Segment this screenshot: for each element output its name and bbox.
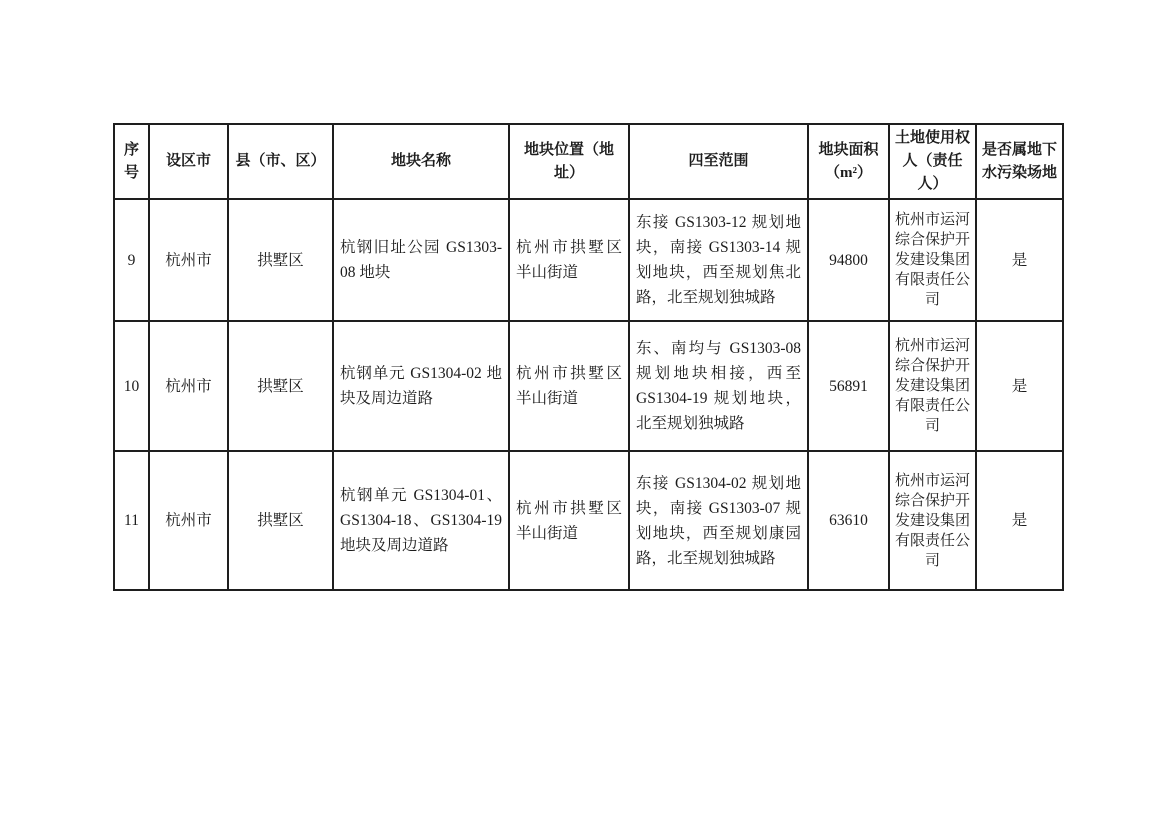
cell-county: 拱墅区: [228, 451, 333, 590]
cell-area: 56891: [808, 321, 889, 451]
header-cell-index: 序号: [114, 124, 149, 199]
cell-bounds: 东、南均与 GS1303-08 规划地块相接，西至 GS1304-19 规划地块…: [629, 321, 808, 451]
header-cell-bounds: 四至范围: [629, 124, 808, 199]
header-cell-name: 地块名称: [333, 124, 509, 199]
cell-owner: 杭州市运河综合保护开发建设集团有限责任公司: [889, 451, 976, 590]
cell-index: 9: [114, 199, 149, 321]
cell-location: 杭州市拱墅区半山街道: [509, 321, 629, 451]
cell-name: 杭钢单元 GS1304-02 地块及周边道路: [333, 321, 509, 451]
header-cell-pollution: 是否属地下水污染场地: [976, 124, 1063, 199]
cell-owner: 杭州市运河综合保护开发建设集团有限责任公司: [889, 199, 976, 321]
table-row: 11 杭州市 拱墅区 杭钢单元 GS1304-01、GS1304-18、GS13…: [114, 451, 1063, 590]
cell-city: 杭州市: [149, 451, 228, 590]
table-row: 9 杭州市 拱墅区 杭钢旧址公园 GS1303-08 地块 杭州市拱墅区半山街道…: [114, 199, 1063, 321]
cell-location: 杭州市拱墅区半山街道: [509, 451, 629, 590]
header-cell-county: 县（市、区）: [228, 124, 333, 199]
cell-owner: 杭州市运河综合保护开发建设集团有限责任公司: [889, 321, 976, 451]
cell-index: 10: [114, 321, 149, 451]
cell-county: 拱墅区: [228, 199, 333, 321]
cell-pollution: 是: [976, 321, 1063, 451]
header-cell-owner: 土地使用权人（责任人）: [889, 124, 976, 199]
cell-index: 11: [114, 451, 149, 590]
table-row: 10 杭州市 拱墅区 杭钢单元 GS1304-02 地块及周边道路 杭州市拱墅区…: [114, 321, 1063, 451]
cell-bounds: 东接 GS1303-12 规划地块，南接 GS1303-14 规划地块，西至规划…: [629, 199, 808, 321]
header-cell-city: 设区市: [149, 124, 228, 199]
cell-city: 杭州市: [149, 321, 228, 451]
cell-name: 杭钢旧址公园 GS1303-08 地块: [333, 199, 509, 321]
cell-area: 94800: [808, 199, 889, 321]
cell-name: 杭钢单元 GS1304-01、GS1304-18、GS1304-19 地块及周边…: [333, 451, 509, 590]
header-cell-area: 地块面积（m²）: [808, 124, 889, 199]
cell-pollution: 是: [976, 199, 1063, 321]
header-row: 序号 设区市 县（市、区） 地块名称 地块位置（地址） 四至范围 地块面积（m²…: [114, 124, 1063, 199]
cell-city: 杭州市: [149, 199, 228, 321]
cell-pollution: 是: [976, 451, 1063, 590]
document-page: 序号 设区市 县（市、区） 地块名称 地块位置（地址） 四至范围 地块面积（m²…: [0, 0, 1169, 826]
cell-bounds: 东接 GS1304-02 规划地块，南接 GS1303-07 规划地块，西至规划…: [629, 451, 808, 590]
land-parcel-table: 序号 设区市 县（市、区） 地块名称 地块位置（地址） 四至范围 地块面积（m²…: [113, 123, 1064, 591]
header-cell-location: 地块位置（地址）: [509, 124, 629, 199]
cell-location: 杭州市拱墅区半山街道: [509, 199, 629, 321]
cell-area: 63610: [808, 451, 889, 590]
cell-county: 拱墅区: [228, 321, 333, 451]
